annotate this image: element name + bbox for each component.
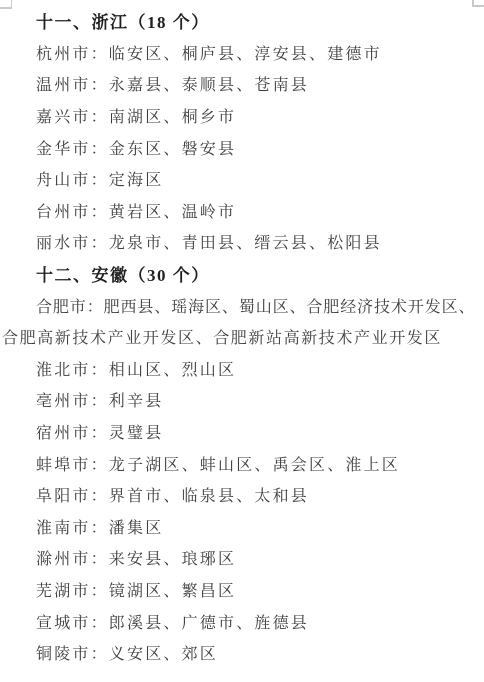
entry-line: 宿州市：灵璧县 bbox=[0, 416, 484, 448]
entry-line: 宣城市：郎溪县、广德市、旌德县 bbox=[0, 605, 484, 637]
entry-line: 亳州市：利辛县 bbox=[0, 384, 484, 416]
entry-line: 温州市：永嘉县、泰顺县、苍南县 bbox=[0, 68, 484, 100]
entry-line: 舟山市：定海区 bbox=[0, 163, 484, 195]
entry-line: 淮北市：相山区、烈山区 bbox=[0, 353, 484, 385]
entry-line: 合肥市：肥西县、瑶海区、蜀山区、合肥经济技术开发区、 bbox=[0, 289, 484, 321]
entry-line: 台州市：黄岩区、温岭市 bbox=[0, 195, 484, 227]
entry-line: 金华市：金东区、磐安县 bbox=[0, 131, 484, 163]
document-body: 十一、浙江（18 个）杭州市：临安区、桐庐县、淳安县、建德市温州市：永嘉县、泰顺… bbox=[0, 5, 484, 668]
entry-line: 蚌埠市：龙子湖区、蚌山区、禹会区、淮上区 bbox=[0, 447, 484, 479]
entry-line: 阜阳市：界首市、临泉县、太和县 bbox=[0, 479, 484, 511]
entry-line: 芜湖市：镜湖区、繁昌区 bbox=[0, 574, 484, 606]
entry-line: 淮南市：潘集区 bbox=[0, 511, 484, 543]
entry-line-continuation: 合肥高新技术产业开发区、合肥新站高新技术产业开发区 bbox=[0, 321, 484, 353]
section-heading: 十一、浙江（18 个） bbox=[0, 5, 484, 37]
entry-line: 嘉兴市：南湖区、桐乡市 bbox=[0, 100, 484, 132]
section-heading: 十二、安徽（30 个） bbox=[0, 258, 484, 290]
entry-line: 铜陵市：义安区、郊区 bbox=[0, 637, 484, 669]
entry-line: 丽水市：龙泉市、青田县、缙云县、松阳县 bbox=[0, 226, 484, 258]
entry-line: 滁州市：来安县、琅琊区 bbox=[0, 542, 484, 574]
entry-line: 杭州市：临安区、桐庐县、淳安县、建德市 bbox=[0, 37, 484, 69]
document-page: 十一、浙江（18 个）杭州市：临安区、桐庐县、淳安县、建德市温州市：永嘉县、泰顺… bbox=[0, 0, 484, 682]
